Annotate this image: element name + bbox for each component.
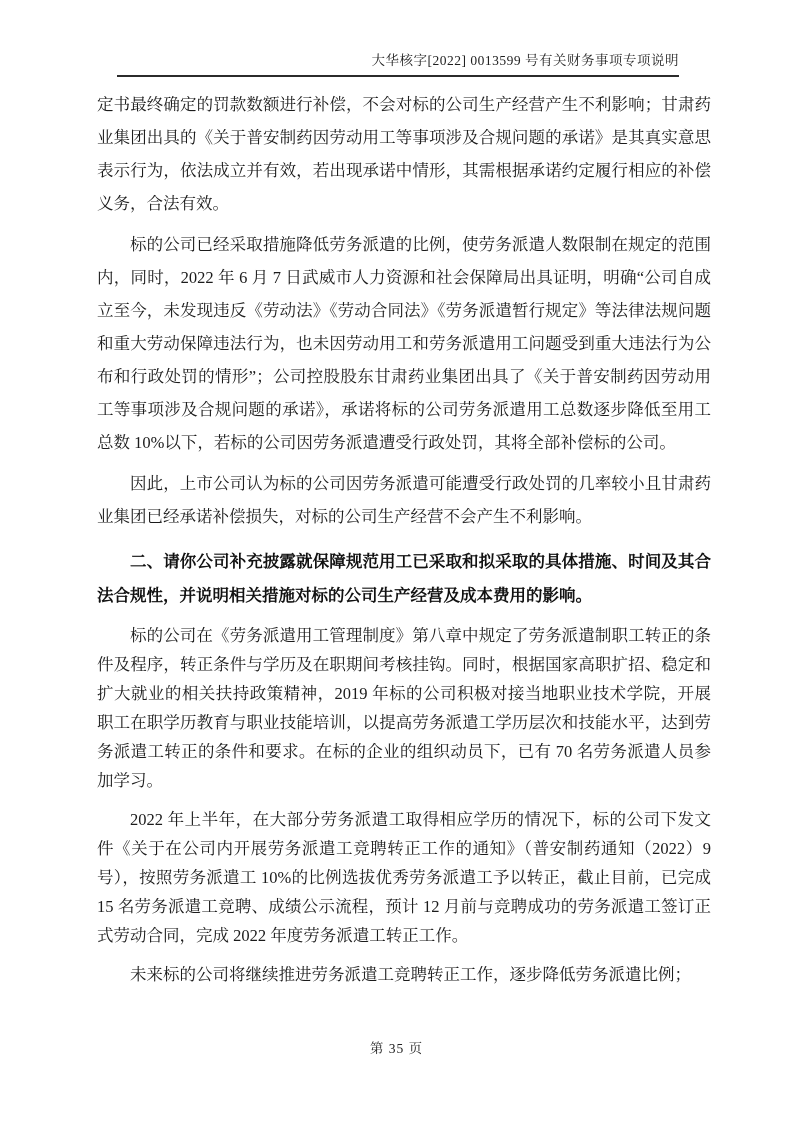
paragraph-conclusion: 因此，上市公司认为标的公司因劳务派遣可能遭受行政处罚的几率较小且甘肃药业集团已经… — [97, 467, 711, 533]
document-body: 定书最终确定的罚款数额进行补偿，不会对标的公司生产经营产生不利影响；甘肃药业集团… — [97, 88, 711, 989]
paragraph-2022-progress: 2022 年上半年，在大部分劳务派遣工取得相应学历的情况下，标的公司下发文件《关… — [97, 805, 711, 950]
header-title: 大华核字[2022] 0013599 号有关财务事项专项说明 — [117, 52, 679, 75]
document-page: 大华核字[2022] 0013599 号有关财务事项专项说明 定书最终确定的罚款… — [0, 0, 793, 1122]
paragraph-future-plan: 未来标的公司将继续推进劳务派遣工竞聘转正工作，逐步降低劳务派遣比例； — [97, 960, 711, 989]
section-heading: 二、请你公司补充披露就保障规范用工已采取和拟采取的具体措施、时间及其合法合规性，… — [97, 545, 711, 613]
paragraph-continuation: 定书最终确定的罚款数额进行补偿，不会对标的公司生产经营产生不利影响；甘肃药业集团… — [97, 88, 711, 220]
page-footer: 第 35 页 — [0, 1037, 793, 1058]
paragraph-measures: 标的公司已经采取措施降低劳务派遣的比例，使劳务派遣人数限制在规定的范围内，同时，… — [97, 228, 711, 459]
page-number: 第 35 页 — [370, 1041, 423, 1056]
page-header: 大华核字[2022] 0013599 号有关财务事项专项说明 — [117, 52, 679, 77]
header-rule — [117, 75, 679, 77]
paragraph-regulation: 标的公司在《劳务派遣用工管理制度》第八章中规定了劳务派遣制职工转正的条件及程序，… — [97, 621, 711, 795]
